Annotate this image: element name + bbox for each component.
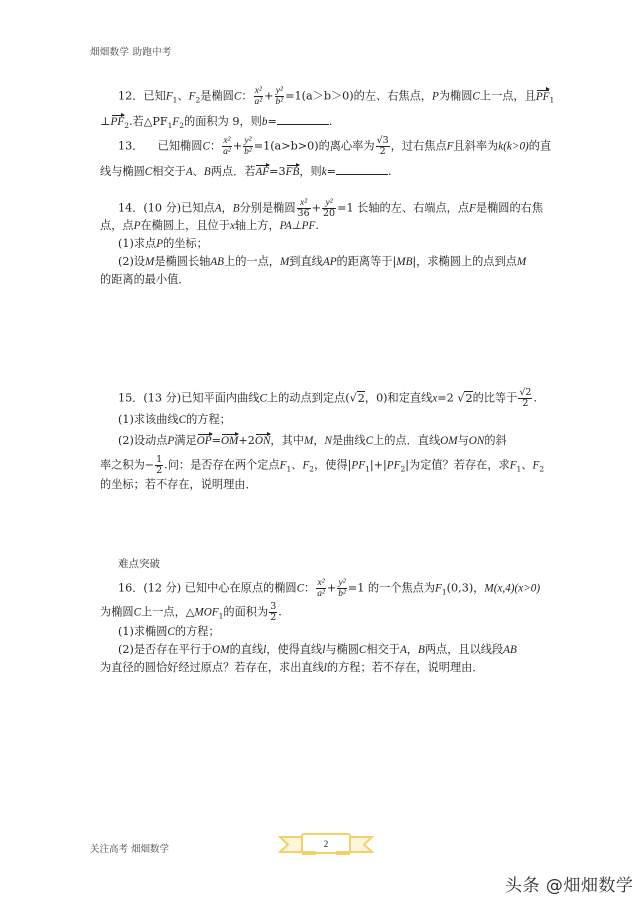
text: ，	[313, 434, 324, 447]
denominator: 36	[297, 209, 311, 219]
sqrt-2: 2	[464, 391, 472, 405]
text: 的面积为	[223, 606, 268, 619]
text: =1 长轴的左、右端点，点	[337, 202, 469, 215]
plus: +	[233, 140, 242, 153]
text: 为直径的圆恰好经过原点？若存在，求出直线	[100, 661, 324, 674]
denominator: b²	[337, 589, 347, 599]
text: 相交于	[366, 643, 400, 656]
var-a: A	[400, 644, 407, 656]
text: 的坐标；若不存在，说明理由．	[100, 478, 257, 491]
question-12-line-2: ⊥PF2.若△PF1F2的面积为 9，则b=.	[100, 114, 332, 132]
text: 16．(12 分) 已知中心在原点的椭圆	[118, 582, 297, 595]
var-m: M	[145, 256, 154, 268]
text: 上的动点到定点(	[267, 392, 350, 405]
sqrt-2: 2	[357, 391, 365, 405]
var-c: C	[167, 626, 174, 638]
text: (2)是否存在平行于	[118, 643, 212, 656]
var-mof: MOF	[194, 607, 218, 619]
denominator: b²	[275, 97, 285, 107]
text: 已知椭圆	[158, 140, 203, 153]
text: 上的点．直线	[373, 434, 440, 447]
question-15-part-2-line-2: 率之积为−12.问：是否存在两个定点F1、F2，使得|PF1|+|PF2|为定值…	[100, 455, 544, 476]
denominator: 2	[518, 399, 532, 409]
question-13-line-1: 13． 已知椭圆C：x²a²+y²b²=1(a>b>0)的离心率为√32，过右焦…	[118, 136, 551, 157]
var-ap: AP	[323, 256, 337, 268]
text: 为椭圆	[439, 90, 473, 103]
fraction-x2-a2: x²a²	[254, 86, 264, 107]
text: 相交于	[152, 165, 186, 178]
text: 是曲线	[332, 434, 366, 447]
text: ，	[222, 202, 233, 215]
fraction-x2-36: x²36	[297, 198, 311, 219]
question-12-line-1: 12．已知F1、F2是椭圆C：x²a²+y²b²=1(a＞b＞0)的左、右焦点，…	[118, 86, 554, 107]
var-ab: AB	[210, 256, 224, 268]
vector-pf2: PF	[111, 116, 125, 129]
question-16-part-2-line-2: 为直径的圆恰好经过原点？若存在，求出直线l的方程；若不存在，说明理由．	[100, 661, 484, 675]
text: .	[533, 392, 537, 405]
page-number-ribbon: 2	[278, 832, 374, 858]
text: 是椭圆	[200, 90, 234, 103]
var-mb: MB	[396, 256, 412, 268]
var-c: C	[366, 435, 373, 447]
text: 满足	[174, 434, 196, 447]
text: +2	[238, 434, 255, 447]
text: =3	[269, 165, 286, 178]
question-16-part-1: (1)求椭圆C的方程；	[118, 625, 220, 639]
text: 、	[177, 90, 188, 103]
var-c: C	[297, 583, 304, 595]
question-14-line-2: 点，点P在椭圆上，且位于x轴上方，PA⊥PF.	[100, 219, 319, 233]
denominator: 20	[322, 209, 336, 219]
var-b: B	[418, 644, 425, 656]
text: 与椭圆	[325, 643, 359, 656]
perp: ⊥	[100, 115, 111, 128]
text: 的距离的最小值．	[100, 273, 190, 286]
text: 的比等于	[473, 392, 518, 405]
text: 为椭圆	[100, 606, 134, 619]
text: 分别是椭圆	[240, 202, 296, 215]
var-f1: F	[510, 460, 517, 472]
text: .问：是否存在两个定点	[164, 459, 279, 472]
var-b: B	[233, 203, 240, 215]
text: =2	[437, 392, 454, 405]
text: ，过右焦点	[391, 140, 447, 153]
text: =1 的一个焦点为	[348, 582, 435, 595]
text: 的面积为 9，则	[184, 115, 262, 128]
fraction-y2-20: y²20	[322, 198, 336, 219]
fraction-y2-b2: y²b²	[275, 86, 285, 107]
text: |+|	[370, 459, 387, 472]
var-m: M(x,4)(x>0)	[484, 583, 540, 595]
var-b: B	[204, 166, 211, 178]
plus: +	[264, 90, 273, 103]
question-14-part-2-line-2: 的距离的最小值．	[100, 273, 190, 286]
text: =	[327, 165, 336, 178]
question-15-part-2: (2)设动点P满足OP=OM+2ON，其中M，N是曲线C上的点．直线OM与ON的…	[118, 434, 507, 448]
footer-text: 关注高考 畑畑数学	[90, 841, 169, 855]
var-pf2: PF	[387, 460, 401, 472]
var-m: M	[304, 435, 313, 447]
text: 点，点	[100, 219, 134, 232]
text: 、	[521, 459, 532, 472]
var-c: C	[134, 607, 141, 619]
question-15-part-2-line-3: 的坐标；若不存在，说明理由．	[100, 478, 257, 491]
var-c: C	[202, 141, 209, 153]
question-16-line-1: 16．(12 分) 已知中心在原点的椭圆C：x²a²+y²b²=1 的一个焦点为…	[118, 578, 540, 599]
text: (1)求椭圆	[118, 625, 167, 638]
question-14-part-1: (1)求点P的坐标；	[118, 237, 208, 251]
var-c: C	[472, 91, 479, 103]
text: 上一点，且	[480, 90, 536, 103]
text: 12．已知	[118, 90, 166, 103]
denominator: 2	[269, 613, 277, 623]
fraction-x2-a2: x²a²	[222, 136, 232, 157]
text: 14．(10 分)已知点	[118, 202, 215, 215]
fraction-y2-b2: y²b²	[243, 136, 253, 157]
var-k: k(k>0)	[498, 141, 529, 153]
text: 上一点，△	[141, 606, 194, 619]
vector-om: OM	[221, 435, 238, 448]
text: =	[212, 434, 221, 447]
text: 的坐标；	[163, 237, 208, 250]
vector-af: AF	[255, 166, 269, 179]
text: 率之积为−	[100, 459, 154, 472]
text: =1(a>b>0)的离心率为	[254, 140, 375, 153]
answer-blank	[336, 164, 388, 175]
text: (2)设动点	[118, 434, 167, 447]
numerator: x²	[222, 136, 232, 147]
text: =	[267, 115, 276, 128]
var-c: C	[179, 414, 186, 426]
watermark: 头条 @畑畑数学	[505, 871, 633, 896]
question-16-line-2: 为椭圆C上一点，△MOF1的面积为32.	[100, 602, 282, 623]
text: .	[388, 165, 392, 178]
text: 的距离等于|	[337, 255, 397, 268]
text: ，使得|	[314, 459, 351, 472]
var-m: M	[280, 256, 289, 268]
text: 到直线	[289, 255, 323, 268]
question-14-line-1: 14．(10 分)已知点A，B分别是椭圆x²36+y²20=1 长轴的左、右端点…	[118, 198, 543, 219]
fraction-y2-b2: y²b²	[337, 578, 347, 599]
fraction-3-2: 32	[269, 602, 277, 623]
text: 线与椭圆	[100, 165, 145, 178]
numerator: y²	[243, 136, 253, 147]
text: 的方程；若不存在，说明理由．	[327, 661, 484, 674]
text: 的直	[529, 140, 551, 153]
text: 且斜率为	[453, 140, 498, 153]
fraction-sqrt3-2: √32	[376, 136, 390, 157]
vector-op: OP	[197, 435, 212, 448]
text: 、	[291, 459, 302, 472]
var-a: A	[186, 166, 193, 178]
text: 两点，且以线段	[425, 643, 503, 656]
text: 的方程；	[186, 413, 231, 426]
text: ，	[407, 643, 418, 656]
denominator: b²	[243, 147, 253, 157]
text: 上的一点，	[224, 255, 280, 268]
plus: +	[327, 582, 336, 595]
text: =1(a＞b＞0)的左、右焦点，	[285, 90, 432, 103]
text: 15．(13 分)已知平面内曲线	[118, 392, 259, 405]
var-pf1: PF	[351, 460, 365, 472]
denominator: 2	[155, 466, 163, 476]
section-title: 难点突破	[118, 556, 160, 571]
text: (2)设	[118, 255, 145, 268]
vector-on: ON	[255, 435, 271, 448]
sub: 1	[549, 96, 554, 105]
text: .若△PF	[129, 115, 168, 128]
text: 的斜	[484, 434, 506, 447]
text: ：	[241, 90, 252, 103]
denominator: 2	[376, 147, 390, 157]
answer-blank	[277, 114, 329, 125]
numerator: y²	[337, 578, 347, 589]
text: 是椭圆长轴	[154, 255, 210, 268]
var-m: M	[517, 256, 526, 268]
var-f1: F	[435, 583, 442, 595]
var-f: F	[469, 203, 476, 215]
text: ，其中	[270, 434, 304, 447]
text: ，0)和定直线	[365, 392, 432, 405]
question-14-part-2: (2)设M是椭圆长轴AB上的一点，M到直线AP的距离等于|MB|，求椭圆上的点到…	[118, 255, 526, 269]
var-om: OM	[440, 435, 457, 447]
fraction-sqrt2-2: √22	[518, 388, 532, 409]
vector-fb: FB	[286, 166, 300, 179]
denominator: a²	[254, 97, 264, 107]
text: ：	[304, 582, 315, 595]
text: 、	[193, 165, 204, 178]
page-header: 畑畑数学 助跑中考	[90, 44, 172, 58]
text: .	[329, 115, 333, 128]
text: ：	[210, 140, 221, 153]
question-13-line-2: 线与椭圆C相交于A、B两点．若AF=3FB，则k=.	[100, 164, 392, 179]
fraction-1-2: 12	[155, 455, 163, 476]
question-16-part-2: (2)是否存在平行于OM的直线l，使得直线l与椭圆C相交于A，B两点，且以线段A…	[118, 643, 517, 657]
denominator: a²	[316, 589, 326, 599]
numerator: x²	[254, 86, 264, 97]
question-15-part-1: (1)求该曲线C的方程；	[118, 413, 231, 427]
text: (1)求该曲线	[118, 413, 179, 426]
vector-pf1: PF	[536, 91, 550, 104]
text: ，使得直线	[266, 643, 322, 656]
text: |，求椭圆上的点到点	[412, 255, 516, 268]
text: 轴上方，	[235, 219, 280, 232]
text: (0,3)，	[447, 582, 485, 595]
text: 13．	[118, 140, 143, 153]
numerator: y²	[275, 86, 285, 97]
question-15-line-1: 15．(13 分)已知平面内曲线C上的动点到定点(√2，0)和定直线x=2 √2…	[118, 388, 537, 409]
text: 的直线	[230, 643, 264, 656]
text: 的方程；	[175, 625, 220, 638]
text: 在椭圆上，且位于	[140, 219, 230, 232]
var-f1: F	[166, 91, 173, 103]
text: .	[315, 219, 319, 232]
var-on: ON	[469, 435, 485, 447]
page-number: 2	[278, 839, 374, 849]
denominator: a²	[222, 147, 232, 157]
var-a: A	[215, 203, 222, 215]
var-om: OM	[212, 644, 229, 656]
text: |为定值？若存在，求	[405, 459, 509, 472]
var-c: C	[259, 393, 266, 405]
text: .	[278, 606, 282, 619]
text: ，则	[299, 165, 321, 178]
fraction-x2-a2: x²a²	[316, 578, 326, 599]
var-p: P	[432, 91, 439, 103]
plus: +	[312, 202, 321, 215]
expr: PA⊥PF	[280, 220, 316, 232]
numerator: x²	[316, 578, 326, 589]
text: 是椭圆的右焦	[476, 202, 543, 215]
var-n: N	[325, 435, 332, 447]
sub: 2	[539, 465, 544, 474]
text: 两点．若	[211, 165, 256, 178]
var-ab: AB	[503, 644, 517, 656]
text: (1)求点	[118, 237, 156, 250]
text: 与	[458, 434, 469, 447]
